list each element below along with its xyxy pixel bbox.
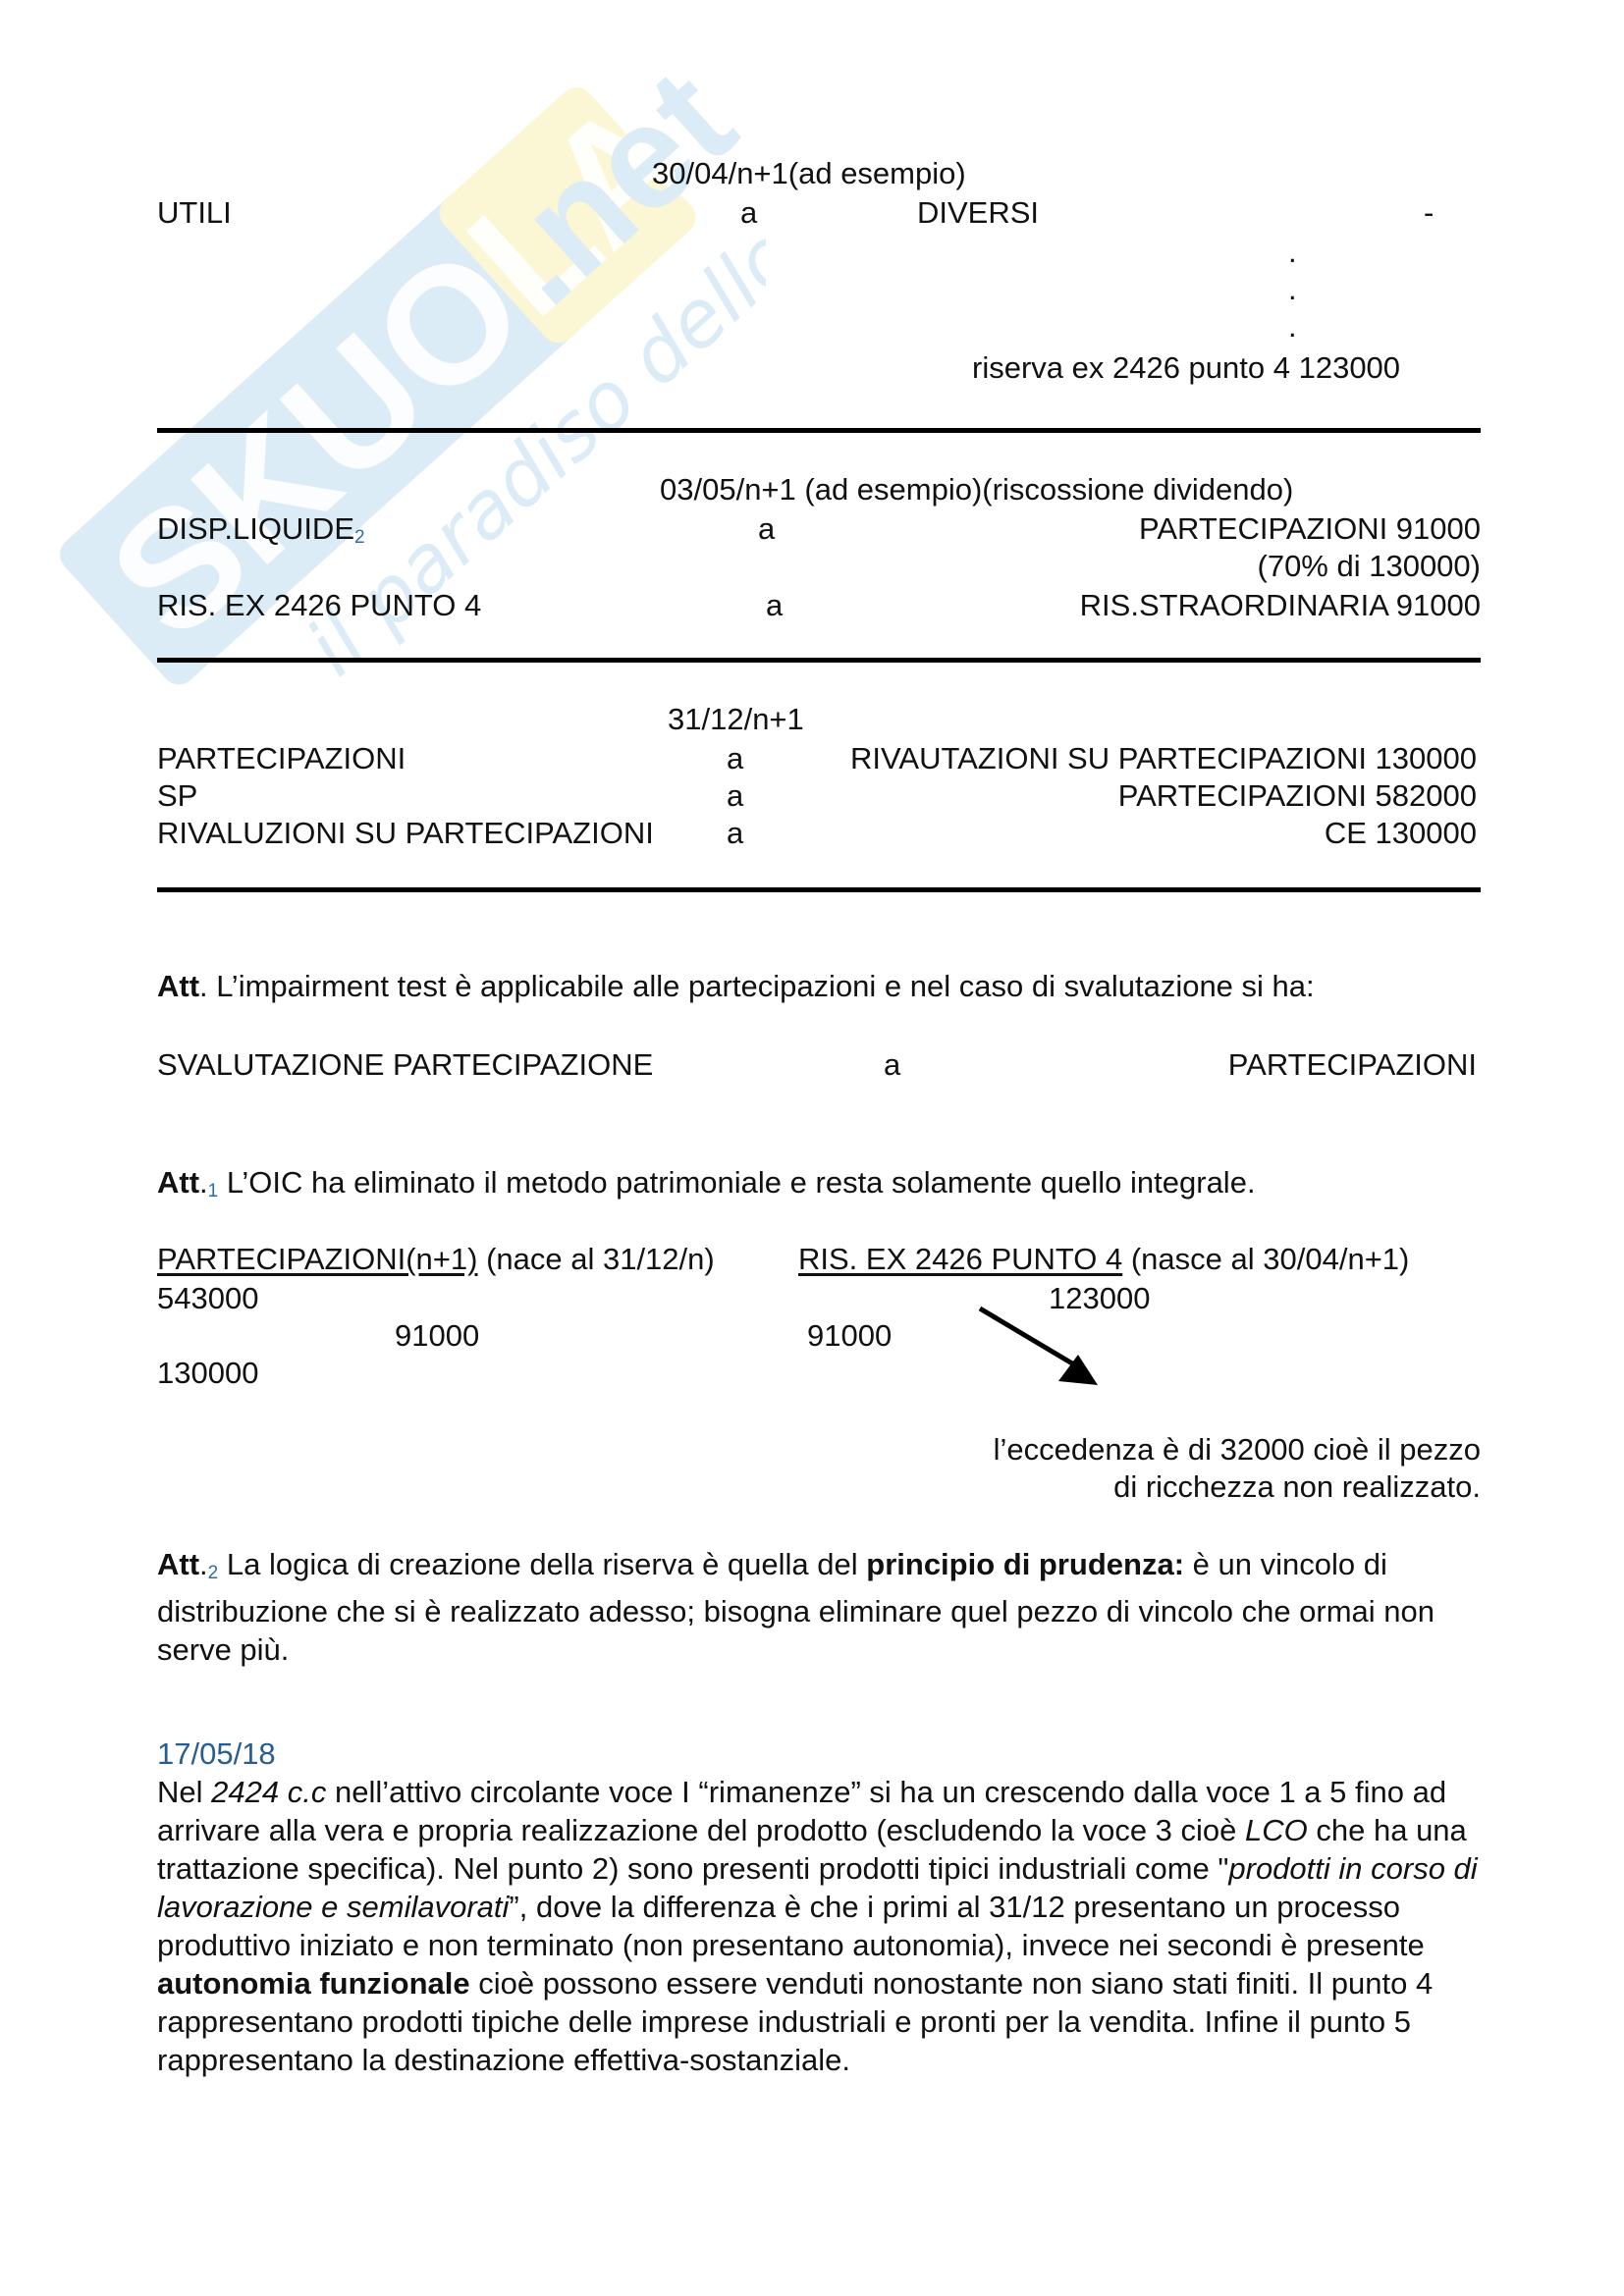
entry3-credit: RIVAUTAZIONI SU PARTECIPAZIONI 130000 bbox=[850, 740, 1477, 777]
entry3-credit: CE 130000 bbox=[1325, 815, 1477, 852]
entry1-dash: - bbox=[1424, 194, 1434, 232]
ledger-note-line: di ricchezza non realizzato. bbox=[1113, 1468, 1481, 1506]
svalutazione-credit: PARTECIPAZIONI bbox=[1228, 1046, 1477, 1084]
entry2-credit: PARTECIPAZIONI 91000 bbox=[1139, 510, 1481, 548]
entry1-dot: . bbox=[1288, 271, 1297, 308]
entry1-a: a bbox=[740, 194, 757, 232]
entry3-a: a bbox=[727, 777, 743, 815]
entry3-debit: SP bbox=[157, 777, 197, 815]
ledger-right-heading: RIS. EX 2426 PUNTO 4 (nasce al 30/04/n+1… bbox=[798, 1241, 1409, 1278]
ledger-left-debit: 543000 bbox=[157, 1280, 258, 1317]
entry3-date: 31/12/n+1 bbox=[668, 701, 804, 738]
entry2-debit: RIS. EX 2426 PUNTO 4 bbox=[157, 587, 481, 624]
footnote-ref[interactable]: 2 bbox=[208, 1563, 219, 1583]
svalutazione-debit: SVALUTAZIONE PARTECIPAZIONE bbox=[157, 1046, 653, 1084]
att-oic-note: Att.1 L’OIC ha eliminato il metodo patri… bbox=[157, 1164, 1256, 1210]
entry2-a: a bbox=[758, 510, 775, 548]
entry3-a: a bbox=[727, 740, 743, 777]
entry2-credit-note: (70% di 130000) bbox=[1258, 548, 1482, 585]
footnote-ref[interactable]: 2 bbox=[354, 527, 365, 548]
footnote-ref[interactable]: 1 bbox=[208, 1181, 219, 1201]
ledger-note-line: l’eccedenza è di 32000 cioè il pezzo bbox=[994, 1431, 1481, 1468]
entry1-dot: . bbox=[1288, 234, 1297, 271]
svalutazione-a: a bbox=[884, 1046, 900, 1084]
divider bbox=[157, 428, 1481, 433]
att-prudenza-note: Att.2 La logica di creazione della riser… bbox=[157, 1545, 1492, 1669]
svg-text:SKUOLA: SKUOLA bbox=[76, 64, 725, 673]
entry3-a: a bbox=[727, 815, 743, 852]
entry2-credit: RIS.STRAORDINARIA 91000 bbox=[1080, 587, 1481, 624]
ledger-left-heading: PARTECIPAZIONI(n+1) (nace al 31/12/n) bbox=[157, 1241, 715, 1278]
entry1-credit: DIVERSI bbox=[917, 194, 1039, 232]
divider bbox=[157, 658, 1481, 663]
entry3-debit: RIVALUZIONI SU PARTECIPAZIONI bbox=[157, 815, 654, 852]
section-paragraph: Nel 2424 c.c nell’attivo circolante voce… bbox=[157, 1773, 1492, 2079]
divider bbox=[157, 887, 1481, 892]
entry1-credit-line: riserva ex 2426 punto 4 123000 bbox=[972, 349, 1400, 387]
entry3-credit: PARTECIPAZIONI 582000 bbox=[1118, 777, 1477, 815]
entry3-debit: PARTECIPAZIONI bbox=[157, 740, 406, 777]
arrow-down-right-icon bbox=[972, 1301, 1110, 1394]
ledger-left-debit: 130000 bbox=[157, 1355, 258, 1392]
entry1-dot: . bbox=[1288, 308, 1297, 346]
ledger-right-debit: 91000 bbox=[807, 1317, 892, 1355]
ledger-left-credit: 91000 bbox=[395, 1317, 479, 1355]
entry1-date: 30/04/n+1(ad esempio) bbox=[652, 155, 966, 192]
svg-text:.net: .net bbox=[460, 59, 765, 335]
section-date: 17/05/18 bbox=[157, 1735, 276, 1773]
entry1-debit: UTILI bbox=[157, 194, 232, 232]
entry2-debit: DISP.LIQUIDE2 bbox=[157, 510, 365, 557]
entry2-a: a bbox=[766, 587, 783, 624]
att-impairment-note: Att. L’impairment test è applicabile all… bbox=[157, 968, 1315, 1005]
entry2-date: 03/05/n+1 (ad esempio)(riscossione divid… bbox=[660, 471, 1293, 508]
